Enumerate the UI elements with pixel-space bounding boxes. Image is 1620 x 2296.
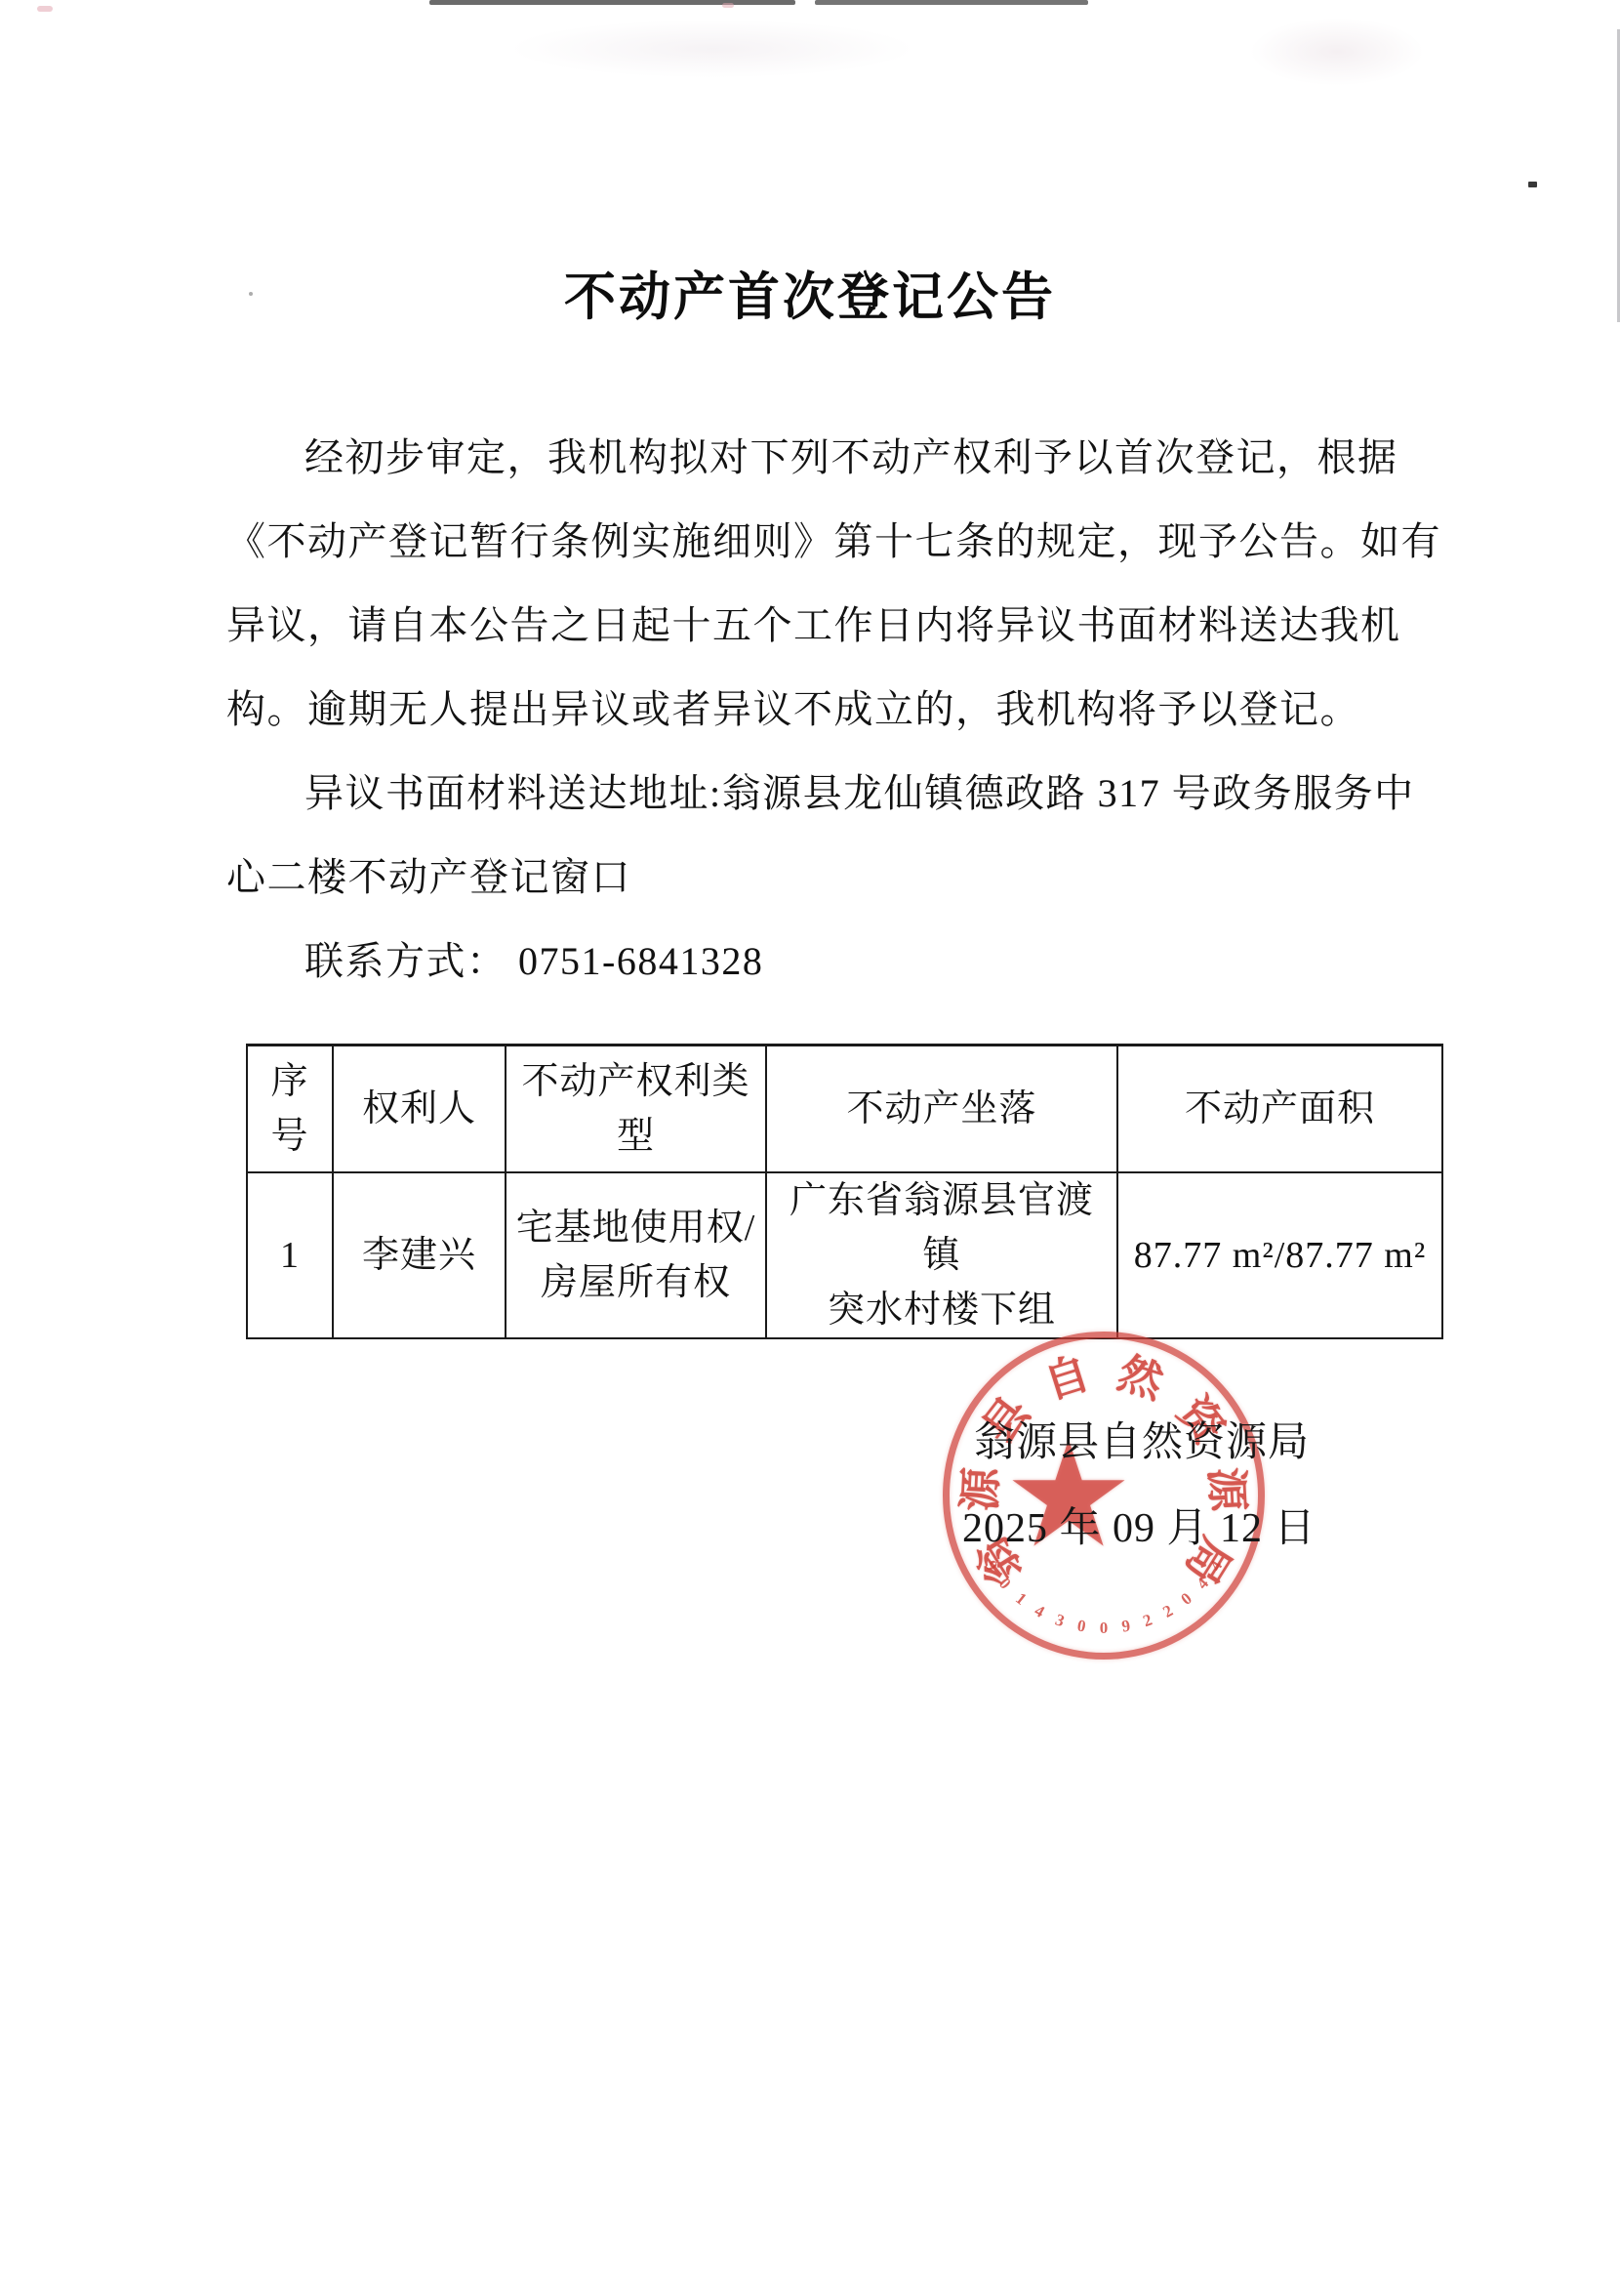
scan-artifact-smudge xyxy=(507,20,917,78)
announcement-body: 经初步审定，我机构拟对下列不动产权利予以首次登记，根据 《不动产登记暂行条例实施… xyxy=(226,416,1401,1004)
seal-serial-digit: 4 xyxy=(1027,1599,1051,1624)
signature-agency: 翁源县自然资源局 xyxy=(974,1410,1325,1468)
seal-serial-digit: 0 xyxy=(1072,1616,1092,1638)
header-area: 不动产面积 xyxy=(1117,1045,1442,1173)
cell-right-holder: 李建兴 xyxy=(333,1172,506,1338)
scan-artifact-speck xyxy=(37,6,53,12)
scan-artifact-speck xyxy=(722,3,734,8)
registration-table: 序号 权利人 不动产权利类型 不动产坐落 不动产面积 1 李建兴 宅基地使用权/… xyxy=(246,1044,1443,1339)
cell-area: 87.77 m²/87.77 m² xyxy=(1117,1172,1442,1338)
body-line-contact: 联系方式： 0751-6841328 xyxy=(226,920,1401,1004)
scan-artifact-top-strip xyxy=(815,0,1088,5)
seal-serial-digit: 3 xyxy=(1048,1609,1072,1633)
header-location: 不动产坐落 xyxy=(766,1045,1117,1173)
body-line: 构。逾期无人提出异议或者异议不成立的，我机构将予以登记。 xyxy=(226,668,1401,752)
body-line-address: 异议书面材料送达地址:翁源县龙仙镇德政路 317 号政务服务中 xyxy=(226,752,1401,836)
body-line: 异议，请自本公告之日起十五个工作日内将异议书面材料送达我机 xyxy=(226,584,1401,668)
header-right-type: 不动产权利类型 xyxy=(506,1045,766,1173)
body-line: 经初步审定，我机构拟对下列不动产权利予以首次登记，根据 xyxy=(226,416,1401,500)
header-serial-number: 序号 xyxy=(247,1045,333,1173)
body-line: 《不动产登记暂行条例实施细则》第十七条的规定，现予公告。如有 xyxy=(226,500,1401,584)
seal-serial-digit: 0 xyxy=(1095,1619,1113,1638)
table-header-row: 序号 权利人 不动产权利类型 不动产坐落 不动产面积 xyxy=(247,1045,1442,1173)
cell-serial-number: 1 xyxy=(247,1172,333,1338)
announcement-page: 不动产首次登记公告 经初步审定，我机构拟对下列不动产权利予以首次登记，根据 《不… xyxy=(0,0,1620,2296)
body-line-address: 心二楼不动产登记窗口 xyxy=(226,836,1401,920)
seal-serial-digit: 4 xyxy=(1203,1553,1229,1578)
signature-date: 2025 年 09 月 12 日 xyxy=(962,1496,1333,1554)
scan-artifact-speck xyxy=(1528,182,1537,187)
header-right-holder: 权利人 xyxy=(333,1045,506,1173)
cell-right-type: 宅基地使用权/ 房屋所有权 xyxy=(506,1172,766,1338)
seal-serial-digit: 2 xyxy=(1136,1609,1159,1633)
scan-artifact-top-strip xyxy=(429,0,795,5)
seal-serial-digit: 4 xyxy=(1190,1571,1216,1597)
seal-serial-digit: 9 xyxy=(1115,1616,1136,1638)
page-title: 不动产首次登记公告 xyxy=(0,256,1620,330)
seal-serial-digit: 2 xyxy=(1155,1599,1180,1624)
cell-location: 广东省翁源县官渡镇 突水村楼下组 xyxy=(766,1172,1117,1338)
table-row: 1 李建兴 宅基地使用权/ 房屋所有权 广东省翁源县官渡镇 突水村楼下组 87.… xyxy=(247,1172,1442,1338)
scan-artifact-smudge xyxy=(1249,18,1425,86)
